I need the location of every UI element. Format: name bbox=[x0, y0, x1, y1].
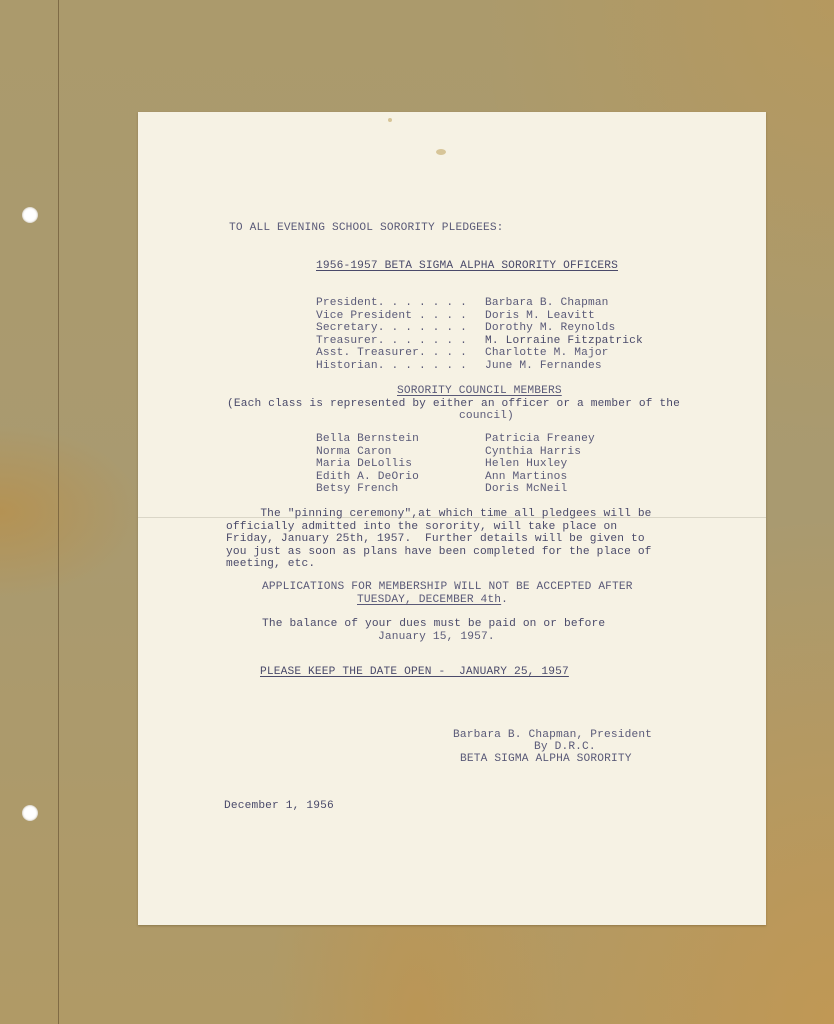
council-note: (Each class is represented by either an … bbox=[227, 398, 680, 411]
officers-heading: 1956-1957 BETA SIGMA ALPHA SORORITY OFFI… bbox=[316, 260, 618, 273]
signature-name: Barbara B. Chapman, President bbox=[453, 729, 652, 742]
keep-date-notice: PLEASE KEEP THE DATE OPEN - JANUARY 25, … bbox=[260, 666, 569, 679]
officer-title: Treasurer. . . . . . . bbox=[316, 335, 467, 348]
punch-hole-bottom bbox=[22, 805, 38, 821]
officer-name: June M. Fernandes bbox=[485, 360, 602, 373]
council-member: Betsy French bbox=[316, 483, 398, 496]
council-note-cont: council) bbox=[459, 410, 514, 423]
page-hinge-line bbox=[58, 0, 59, 1024]
paragraph-line: The "pinning ceremony",at which time all… bbox=[226, 508, 652, 521]
council-heading: SORORITY COUNCIL MEMBERS bbox=[397, 385, 562, 398]
punch-hole-top bbox=[22, 207, 38, 223]
dues-deadline: January 15, 1957. bbox=[378, 631, 495, 644]
paragraph-line: officially admitted into the sorority, w… bbox=[226, 521, 617, 534]
council-member: Edith A. DeOrio bbox=[316, 471, 419, 484]
council-member: Helen Huxley bbox=[485, 458, 567, 471]
council-member: Maria DeLollis bbox=[316, 458, 412, 471]
officer-name: Dorothy M. Reynolds bbox=[485, 322, 615, 335]
applications-deadline: TUESDAY, DECEMBER 4th. bbox=[357, 594, 508, 607]
paragraph-line: meeting, etc. bbox=[226, 558, 315, 571]
council-member: Norma Caron bbox=[316, 446, 392, 459]
officer-title: Historian. . . . . . . bbox=[316, 360, 467, 373]
salutation: TO ALL EVENING SCHOOL SORORITY PLEDGEES: bbox=[229, 222, 504, 235]
paragraph-line: Friday, January 25th, 1957. Further deta… bbox=[226, 533, 645, 546]
officer-name: Barbara B. Chapman bbox=[485, 297, 609, 310]
paragraph-line: you just as soon as plans have been comp… bbox=[226, 546, 652, 559]
officer-title: Asst. Treasurer. . . . bbox=[316, 347, 467, 360]
council-member: Patricia Freaney bbox=[485, 433, 595, 446]
council-member: Bella Bernstein bbox=[316, 433, 419, 446]
council-member: Cynthia Harris bbox=[485, 446, 581, 459]
officer-title: Secretary. . . . . . . bbox=[316, 322, 467, 335]
stain bbox=[388, 118, 392, 122]
stain bbox=[436, 149, 446, 155]
letter-date: December 1, 1956 bbox=[224, 800, 334, 813]
officer-title: President. . . . . . . bbox=[316, 297, 467, 310]
signature-organization: BETA SIGMA ALPHA SORORITY bbox=[460, 753, 632, 766]
applications-deadline-date: TUESDAY, DECEMBER 4th bbox=[357, 594, 501, 606]
signature-by: By D.R.C. bbox=[534, 741, 596, 754]
officer-name: M. Lorraine Fitzpatrick bbox=[485, 335, 643, 348]
applications-deadline-period: . bbox=[501, 594, 508, 606]
applications-notice: APPLICATIONS FOR MEMBERSHIP WILL NOT BE … bbox=[262, 581, 633, 594]
officer-title: Vice President . . . . bbox=[316, 310, 467, 323]
typewritten-letter: TO ALL EVENING SCHOOL SORORITY PLEDGEES:… bbox=[138, 112, 766, 925]
council-member: Ann Martinos bbox=[485, 471, 567, 484]
officer-name: Doris M. Leavitt bbox=[485, 310, 595, 323]
council-member: Doris McNeil bbox=[485, 483, 567, 496]
officer-name: Charlotte M. Major bbox=[485, 347, 609, 360]
dues-notice: The balance of your dues must be paid on… bbox=[262, 618, 605, 631]
